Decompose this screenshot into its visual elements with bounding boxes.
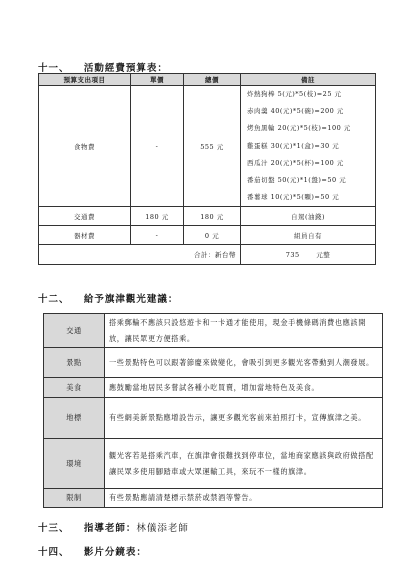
total-suffix: 元整 bbox=[316, 251, 330, 259]
suggestion-label: 限制 bbox=[44, 489, 105, 508]
total-amount: 735 bbox=[286, 251, 300, 259]
total-cell: 180 元 bbox=[184, 207, 241, 226]
note-line: 赤肉羹 40(元)*5(碗)=200 元 bbox=[247, 103, 375, 120]
note-line: 烤魚黑輪 20(元)*5(枝)=100 元 bbox=[247, 120, 375, 137]
budget-table: 預算支出項目 單價 總價 備註 食物費 - 555 元 炸熱狗棒 5(元)*5(… bbox=[38, 73, 376, 265]
suggestion-row: 景點 一些景點特色可以跟著節慶來做變化，會吸引到更多觀光客帶動到人潮發展。 bbox=[44, 348, 383, 378]
column-header: 預算支出項目 bbox=[39, 74, 131, 86]
suggestion-table: 交通 搭乘郵輪不應該只設悠遊卡和一卡通才能使用，現金手機條碼消費也應該開放，讓民… bbox=[43, 313, 383, 508]
note-line: 雞蛋糕 30(元)*1(盒)=30 元 bbox=[247, 138, 375, 155]
unit-price-cell: - bbox=[131, 226, 184, 245]
suggestion-text: 有些網美新景點應增設告示，讓更多觀光客前來拍照打卡，宣傳旗津之美。 bbox=[105, 398, 383, 439]
suggestion-label: 環境 bbox=[44, 439, 105, 489]
section-14-heading: 十四、 影片分鏡表： bbox=[38, 544, 147, 558]
suggestion-label: 景點 bbox=[44, 348, 105, 378]
total-value-cell: 735 元整 bbox=[241, 245, 376, 265]
notes-cell: 組員自有 bbox=[241, 226, 376, 245]
note-line: 炸熱狗棒 5(元)*5(枝)=25 元 bbox=[247, 86, 375, 103]
section-title: 指導老師： bbox=[84, 523, 137, 534]
column-header: 單價 bbox=[131, 74, 184, 86]
suggestion-row: 環境 觀光客若是搭乘汽車，在旗津會很難找到停車位，當地商家應該與政府做搭配讓民眾… bbox=[44, 439, 383, 489]
total-cell: 555 元 bbox=[184, 86, 241, 207]
suggestion-row: 美食 應鼓勵當地居民多嘗試各種小吃買賣，增加當地特色及美食。 bbox=[44, 378, 383, 398]
suggestion-label: 美食 bbox=[44, 378, 105, 398]
column-header: 備註 bbox=[241, 74, 376, 86]
section-title: 影片分鏡表： bbox=[84, 547, 147, 558]
suggestion-label: 地標 bbox=[44, 398, 105, 439]
item-cell: 食物費 bbox=[39, 86, 131, 207]
table-row-transport: 交通費 180 元 180 元 自駕(油錢) bbox=[39, 207, 376, 226]
unit-price-cell: 180 元 bbox=[131, 207, 184, 226]
section-number: 十三、 bbox=[38, 523, 70, 534]
advisor-name: 林儀添老師 bbox=[136, 523, 189, 534]
section-11-heading: 十一、 活動經費預算表： bbox=[38, 60, 168, 74]
item-cell: 交通費 bbox=[39, 207, 131, 226]
table-row-total: 合計：新台幣 735 元整 bbox=[39, 245, 376, 265]
notes-cell: 自駕(油錢) bbox=[241, 207, 376, 226]
suggestion-row: 交通 搭乘郵輪不應該只設悠遊卡和一卡通才能使用，現金手機條碼消費也應該開放，讓民… bbox=[44, 314, 383, 348]
suggestion-text: 觀光客若是搭乘汽車，在旗津會很難找到停車位，當地商家應該與政府做搭配讓民眾多使用… bbox=[105, 439, 383, 489]
column-header: 總價 bbox=[184, 74, 241, 86]
suggestion-label: 交通 bbox=[44, 314, 105, 348]
table-row-equipment: 器材費 - 0 元 組員自有 bbox=[39, 226, 376, 245]
note-line: 西瓜汁 20(元)*5(杯)=100 元 bbox=[247, 155, 375, 172]
suggestion-text: 一些景點特色可以跟著節慶來做變化，會吸引到更多觀光客帶動到人潮發展。 bbox=[105, 348, 383, 378]
suggestion-text: 有些景點應請清楚標示禁菸或禁酒等警告。 bbox=[105, 489, 383, 508]
section-title: 給予旗津觀光建議： bbox=[84, 294, 179, 305]
total-label: 合計：新台幣 bbox=[39, 245, 241, 265]
table-row-food: 食物費 - 555 元 炸熱狗棒 5(元)*5(枝)=25 元 赤肉羹 40(元… bbox=[39, 86, 376, 207]
note-line: 番薯球 10(元)*5(顆)=50 元 bbox=[247, 189, 375, 206]
unit-price-cell: - bbox=[131, 86, 184, 207]
suggestion-text: 應鼓勵當地居民多嘗試各種小吃買賣，增加當地特色及美食。 bbox=[105, 378, 383, 398]
section-13-heading: 十三、 指導老師：林儀添老師 bbox=[38, 520, 189, 534]
section-number: 十二、 bbox=[38, 294, 70, 305]
section-number: 十四、 bbox=[38, 547, 70, 558]
section-12-heading: 十二、 給予旗津觀光建議： bbox=[38, 291, 178, 305]
table-header-row: 預算支出項目 單價 總價 備註 bbox=[39, 74, 376, 86]
total-cell: 0 元 bbox=[184, 226, 241, 245]
notes-cell: 炸熱狗棒 5(元)*5(枝)=25 元 赤肉羹 40(元)*5(碗)=200 元… bbox=[241, 86, 376, 207]
suggestion-row: 地標 有些網美新景點應增設告示，讓更多觀光客前來拍照打卡，宣傳旗津之美。 bbox=[44, 398, 383, 439]
note-line: 番茄切盤 50(元)*1(盤)=50 元 bbox=[247, 172, 375, 189]
item-cell: 器材費 bbox=[39, 226, 131, 245]
suggestion-row: 限制 有些景點應請清楚標示禁菸或禁酒等警告。 bbox=[44, 489, 383, 508]
suggestion-text: 搭乘郵輪不應該只設悠遊卡和一卡通才能使用，現金手機條碼消費也應該開放，讓民眾更方… bbox=[105, 314, 383, 348]
